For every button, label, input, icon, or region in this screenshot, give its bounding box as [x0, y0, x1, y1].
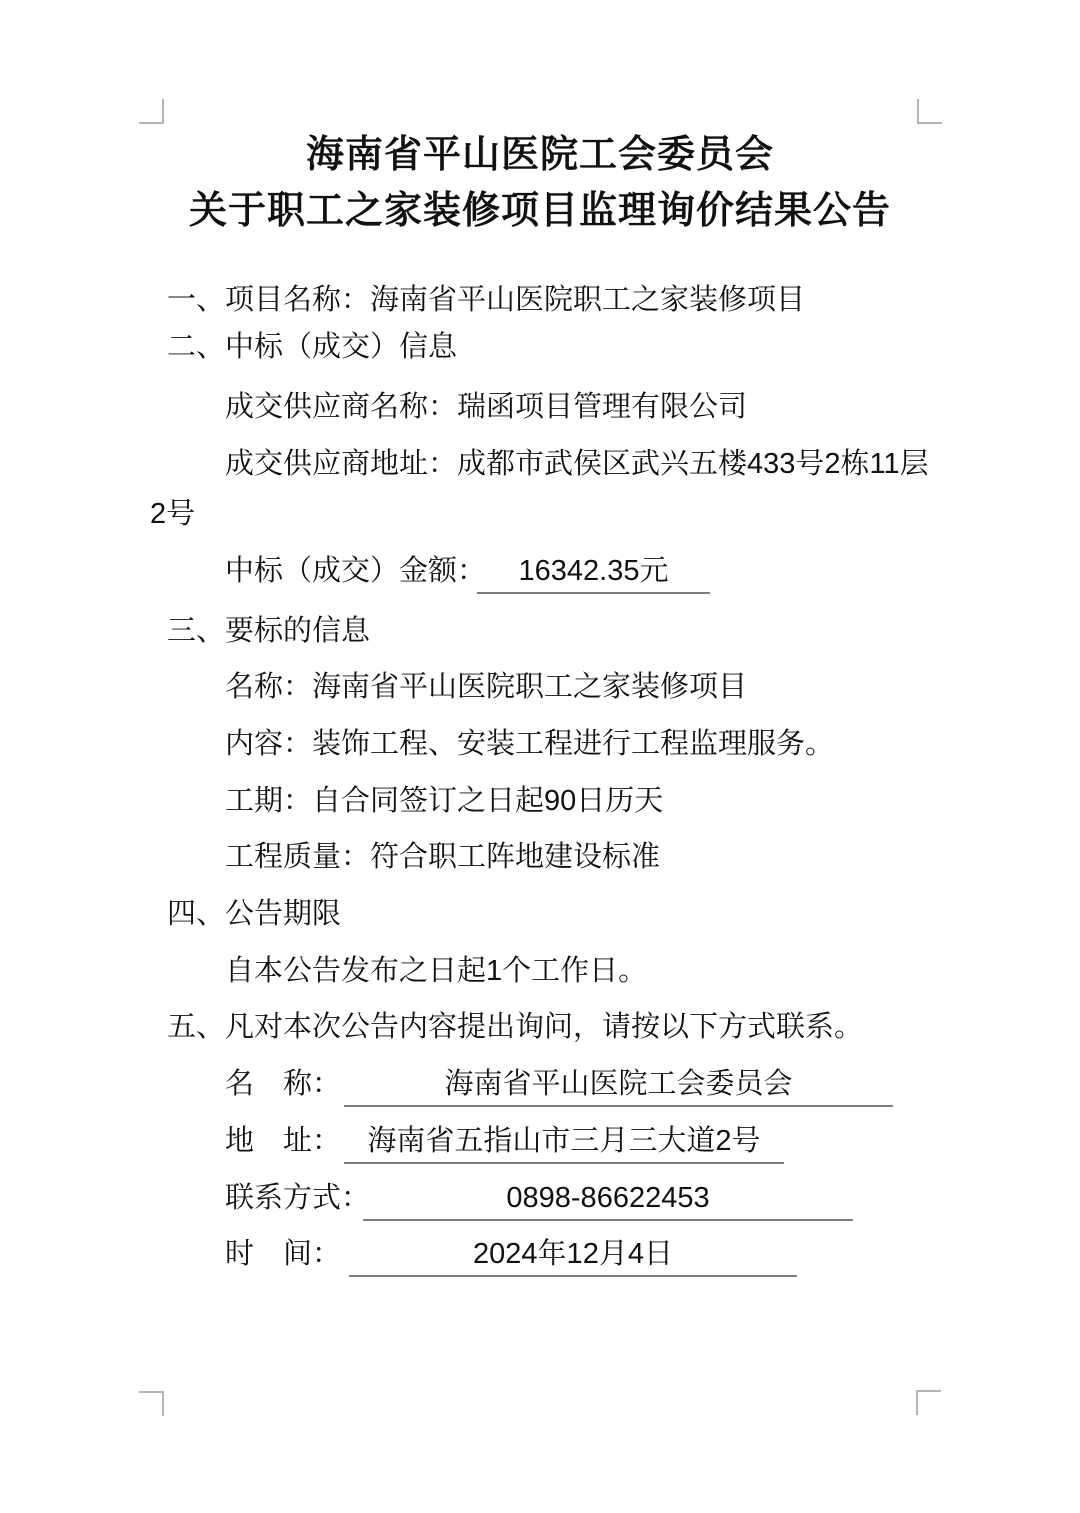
- contact-name-label: 名 称：: [225, 1070, 341, 1099]
- target-name: 名称：海南省平山医院职工之家装修项目: [225, 673, 747, 702]
- target-content: 内容：装饰工程、安装工程进行工程监理服务。: [225, 730, 834, 759]
- contact-date-label: 时 间：: [225, 1240, 341, 1269]
- contact-phone-value: 0898-86622453: [363, 1184, 853, 1221]
- document-title-line1: 海南省平山医院工会委员会: [0, 136, 1080, 174]
- section4-heading: 四、公告期限: [167, 900, 341, 929]
- award-amount-label: 中标（成交）金额：: [225, 557, 486, 586]
- section3-heading: 三、要标的信息: [167, 617, 370, 646]
- section2-heading: 二、中标（成交）信息: [167, 333, 457, 362]
- target-quality: 工程质量：符合职工阵地建设标准: [225, 843, 660, 872]
- crop-mark-bottom-left-icon: [139, 1391, 164, 1416]
- section5-heading: 五、凡对本次公告内容提出询问，请按以下方式联系。: [167, 1013, 863, 1042]
- supplier-address-line1: 成交供应商地址：成都市武侯区武兴五楼433号2栋11层: [225, 450, 929, 479]
- crop-mark-top-right-icon: [917, 99, 942, 124]
- announcement-document: 海南省平山医院工会委员会 关于职工之家装修项目监理询价结果公告 一、项目名称：海…: [0, 0, 1080, 1513]
- contact-name-value: 海南省平山医院工会委员会: [344, 1070, 893, 1107]
- announcement-period: 自本公告发布之日起1个工作日。: [225, 957, 647, 986]
- contact-address-value: 海南省五指山市三月三大道2号: [344, 1127, 784, 1164]
- crop-mark-top-left-icon: [139, 99, 164, 124]
- award-amount-value: 16342.35元: [477, 557, 710, 594]
- contact-phone-label: 联系方式：: [225, 1184, 370, 1213]
- document-title-line2: 关于职工之家装修项目监理询价结果公告: [0, 192, 1080, 230]
- contact-address-label: 地 址：: [225, 1127, 341, 1156]
- crop-mark-bottom-right-icon: [916, 1390, 941, 1415]
- target-duration: 工期：自合同签订之日起90日历天: [225, 787, 663, 816]
- section1-project-name: 一、项目名称：海南省平山医院职工之家装修项目: [167, 286, 805, 315]
- contact-date-value: 2024年12月4日: [349, 1240, 797, 1277]
- supplier-name: 成交供应商名称：瑞函项目管理有限公司: [225, 393, 747, 422]
- supplier-address-line2: 2号: [150, 500, 195, 529]
